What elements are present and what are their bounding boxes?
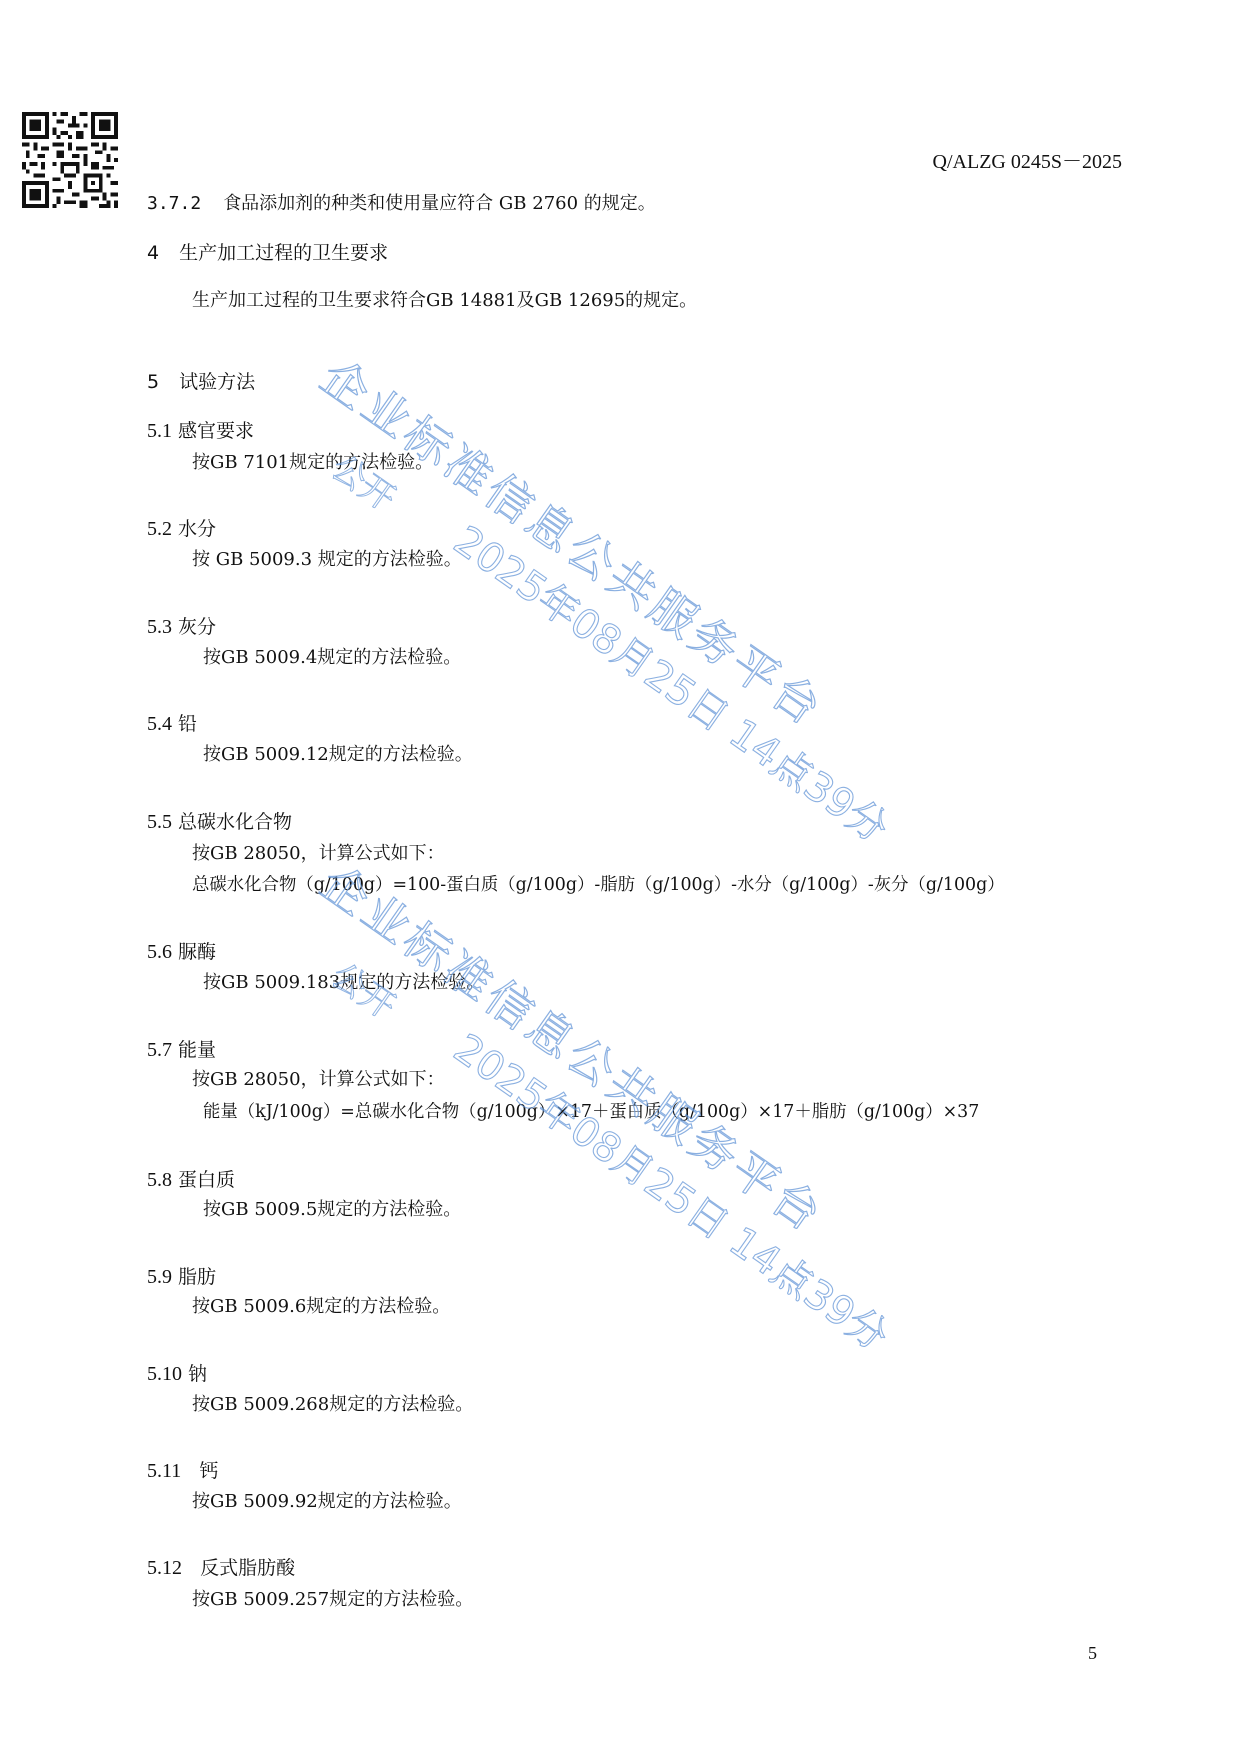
section-number: 5 [147,371,159,393]
subsection-number: 5.4 [147,713,172,735]
subsection-5-9-body: 按GB 5009.6规定的方法检验。 [192,1298,450,1316]
subsection-number: 5.1 [147,420,172,442]
subsection-number: 5.8 [147,1169,172,1191]
subsection-title: 能量 [178,1039,216,1061]
clause-number: 3.7.2 [147,193,201,214]
watermark-platform-text: 企业标准信息公共服务平台 [314,352,832,734]
subsection-5-2-heading: 5.2 水分 [147,519,216,539]
subsection-5-7-line-1: 按GB 28050，计算公式如下： [192,1071,445,1089]
subsection-5-8-heading: 5.8 蛋白质 [147,1170,235,1190]
subsection-5-12-heading: 5.12 反式脂肪酸 [147,1558,295,1578]
subsection-5-3-heading: 5.3 灰分 [147,617,216,637]
subsection-5-4-heading: 5.4 铅 [147,714,197,734]
section-4-heading: 4生产加工过程的卫生要求 [147,244,388,263]
subsection-number: 5.7 [147,1039,172,1061]
subsection-number: 5.2 [147,518,172,540]
subsection-5-1-body: 按GB 7101规定的方法检验。 [192,454,433,472]
subsection-5-10-body: 按GB 5009.268规定的方法检验。 [192,1396,473,1414]
qr-code-icon [22,112,118,208]
subsection-title: 蛋白质 [178,1169,235,1191]
section-number: 4 [147,242,159,264]
subsection-title: 铅 [178,713,197,735]
clause-text: 食品添加剂的种类和使用量应符合 GB 2760 的规定。 [223,193,656,214]
section-title: 生产加工过程的卫生要求 [179,242,388,264]
subsection-5-3-body: 按GB 5009.4规定的方法检验。 [203,649,461,667]
subsection-number: 5.10 [147,1363,182,1385]
carbohydrate-formula: 总碳水化合物（g/100g）=100-蛋白质（g/100g）-脂肪（g/100g… [192,877,1005,894]
subsection-title: 脂肪 [178,1266,216,1288]
subsection-number: 5.5 [147,811,172,833]
subsection-number: 5.3 [147,616,172,638]
subsection-title: 脲酶 [178,941,216,963]
subsection-5-7-heading: 5.7 能量 [147,1040,216,1060]
subsection-number: 5.12 [147,1557,182,1579]
subsection-5-8-body: 按GB 5009.5规定的方法检验。 [203,1201,461,1219]
document-code: Q/ALZG 0245S－2025 [933,152,1122,172]
subsection-5-11-body: 按GB 5009.92规定的方法检验。 [192,1493,462,1511]
clause-3-7-2: 3.7.2食品添加剂的种类和使用量应符合 GB 2760 的规定。 [147,195,656,213]
watermark-date-text: 2025年08月25日 14点39分 [447,1028,894,1358]
subsection-title: 感官要求 [178,420,254,442]
subsection-5-1-heading: 5.1 感官要求 [147,421,254,441]
subsection-number: 5.6 [147,941,172,963]
subsection-5-6-heading: 5.6 脲酶 [147,942,216,962]
subsection-5-10-heading: 5.10 钠 [147,1364,207,1384]
subsection-5-5-heading: 5.5 总碳水化合物 [147,812,292,832]
watermark-date-text: 2025年08月25日 14点39分 [447,520,894,850]
watermark-platform-text: 企业标准信息公共服务平台 [314,858,832,1240]
subsection-5-9-heading: 5.9 脂肪 [147,1267,216,1287]
subsection-5-12-body: 按GB 5009.257规定的方法检验。 [192,1591,473,1609]
section-title: 试验方法 [179,371,255,393]
subsection-5-4-body: 按GB 5009.12规定的方法检验。 [203,746,473,764]
subsection-5-5-line-1: 按GB 28050，计算公式如下： [192,845,445,863]
section-4-body: 生产加工过程的卫生要求符合GB 14881及GB 12695的规定。 [192,292,697,310]
subsection-title: 钙 [199,1460,218,1482]
subsection-number: 5.11 [147,1460,181,1482]
subsection-5-11-heading: 5.11 钙 [147,1461,218,1481]
subsection-title: 总碳水化合物 [178,811,292,833]
subsection-title: 灰分 [178,616,216,638]
watermark-public-text: 公开 [325,958,400,1025]
section-5-heading: 5试验方法 [147,373,255,392]
subsection-title: 水分 [178,518,216,540]
page-number: 5 [1088,1644,1097,1662]
subsection-title: 钠 [188,1363,207,1385]
subsection-5-2-body: 按 GB 5009.3 规定的方法检验。 [192,551,462,569]
subsection-title: 反式脂肪酸 [200,1557,295,1579]
subsection-number: 5.9 [147,1266,172,1288]
